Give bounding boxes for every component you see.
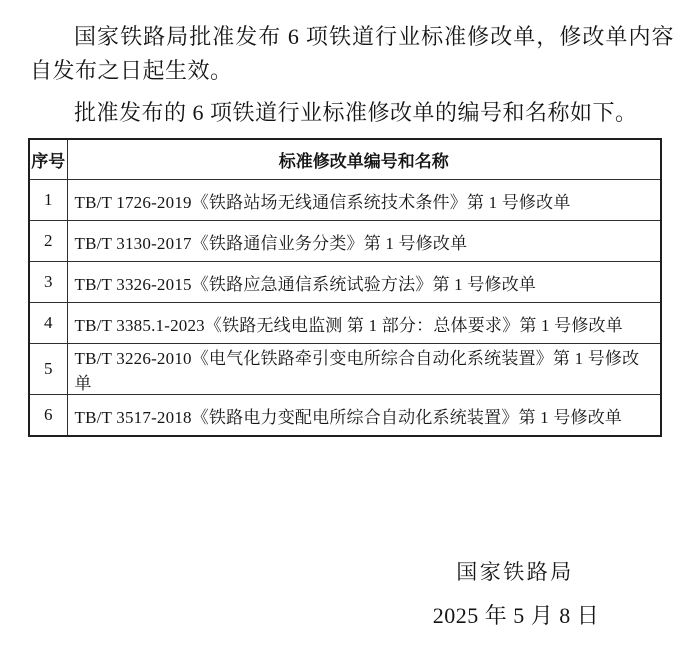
table-header-seq: 序号 (29, 139, 67, 180)
signature-org: 国家铁路局 (456, 556, 574, 586)
row-number-cell: 1 (29, 180, 67, 221)
table-row: 6 TB/T 3517-2018《铁路电力变配电所综合自动化系统装置》第 1 号… (29, 395, 661, 437)
standards-table: 序号 标准修改单编号和名称 1 TB/T 1726-2019《铁路站场无线通信系… (28, 138, 662, 437)
row-number-cell: 5 (29, 344, 67, 395)
table-header-name: 标准修改单编号和名称 (67, 139, 661, 180)
intro-paragraph-2: 批准发布的 6 项铁道行业标准修改单的编号和名称如下。 (30, 96, 674, 130)
row-name-cell: TB/T 3130-2017《铁路通信业务分类》第 1 号修改单 (67, 221, 661, 262)
table-row: 4 TB/T 3385.1-2023《铁路无线电监测 第 1 部分：总体要求》第… (29, 303, 661, 344)
intro-text-block: 国家铁路局批准发布 6 项铁道行业标准修改单，修改单内容自发布之日起生效。 批准… (0, 0, 700, 130)
document-page: 国家铁路局批准发布 6 项铁道行业标准修改单，修改单内容自发布之日起生效。 批准… (0, 0, 700, 651)
row-name-cell: TB/T 3226-2010《电气化铁路牵引变电所综合自动化系统装置》第 1 号… (67, 344, 661, 395)
table-row: 5 TB/T 3226-2010《电气化铁路牵引变电所综合自动化系统装置》第 1… (29, 344, 661, 395)
row-name-cell: TB/T 1726-2019《铁路站场无线通信系统技术条件》第 1 号修改单 (67, 180, 661, 221)
row-name-cell: TB/T 3517-2018《铁路电力变配电所综合自动化系统装置》第 1 号修改… (67, 395, 661, 437)
table-row: 1 TB/T 1726-2019《铁路站场无线通信系统技术条件》第 1 号修改单 (29, 180, 661, 221)
row-number-cell: 6 (29, 395, 67, 437)
table-row: 3 TB/T 3326-2015《铁路应急通信系统试验方法》第 1 号修改单 (29, 262, 661, 303)
row-name-cell: TB/T 3385.1-2023《铁路无线电监测 第 1 部分：总体要求》第 1… (67, 303, 661, 344)
table-row: 2 TB/T 3130-2017《铁路通信业务分类》第 1 号修改单 (29, 221, 661, 262)
intro-paragraph-1: 国家铁路局批准发布 6 项铁道行业标准修改单，修改单内容自发布之日起生效。 (30, 20, 674, 88)
signature-date: 2025 年 5 月 8 日 (433, 599, 600, 630)
row-name-cell: TB/T 3326-2015《铁路应急通信系统试验方法》第 1 号修改单 (67, 262, 661, 303)
row-number-cell: 2 (29, 221, 67, 262)
table-header-row: 序号 标准修改单编号和名称 (29, 139, 661, 180)
row-number-cell: 4 (29, 303, 67, 344)
row-number-cell: 3 (29, 262, 67, 303)
